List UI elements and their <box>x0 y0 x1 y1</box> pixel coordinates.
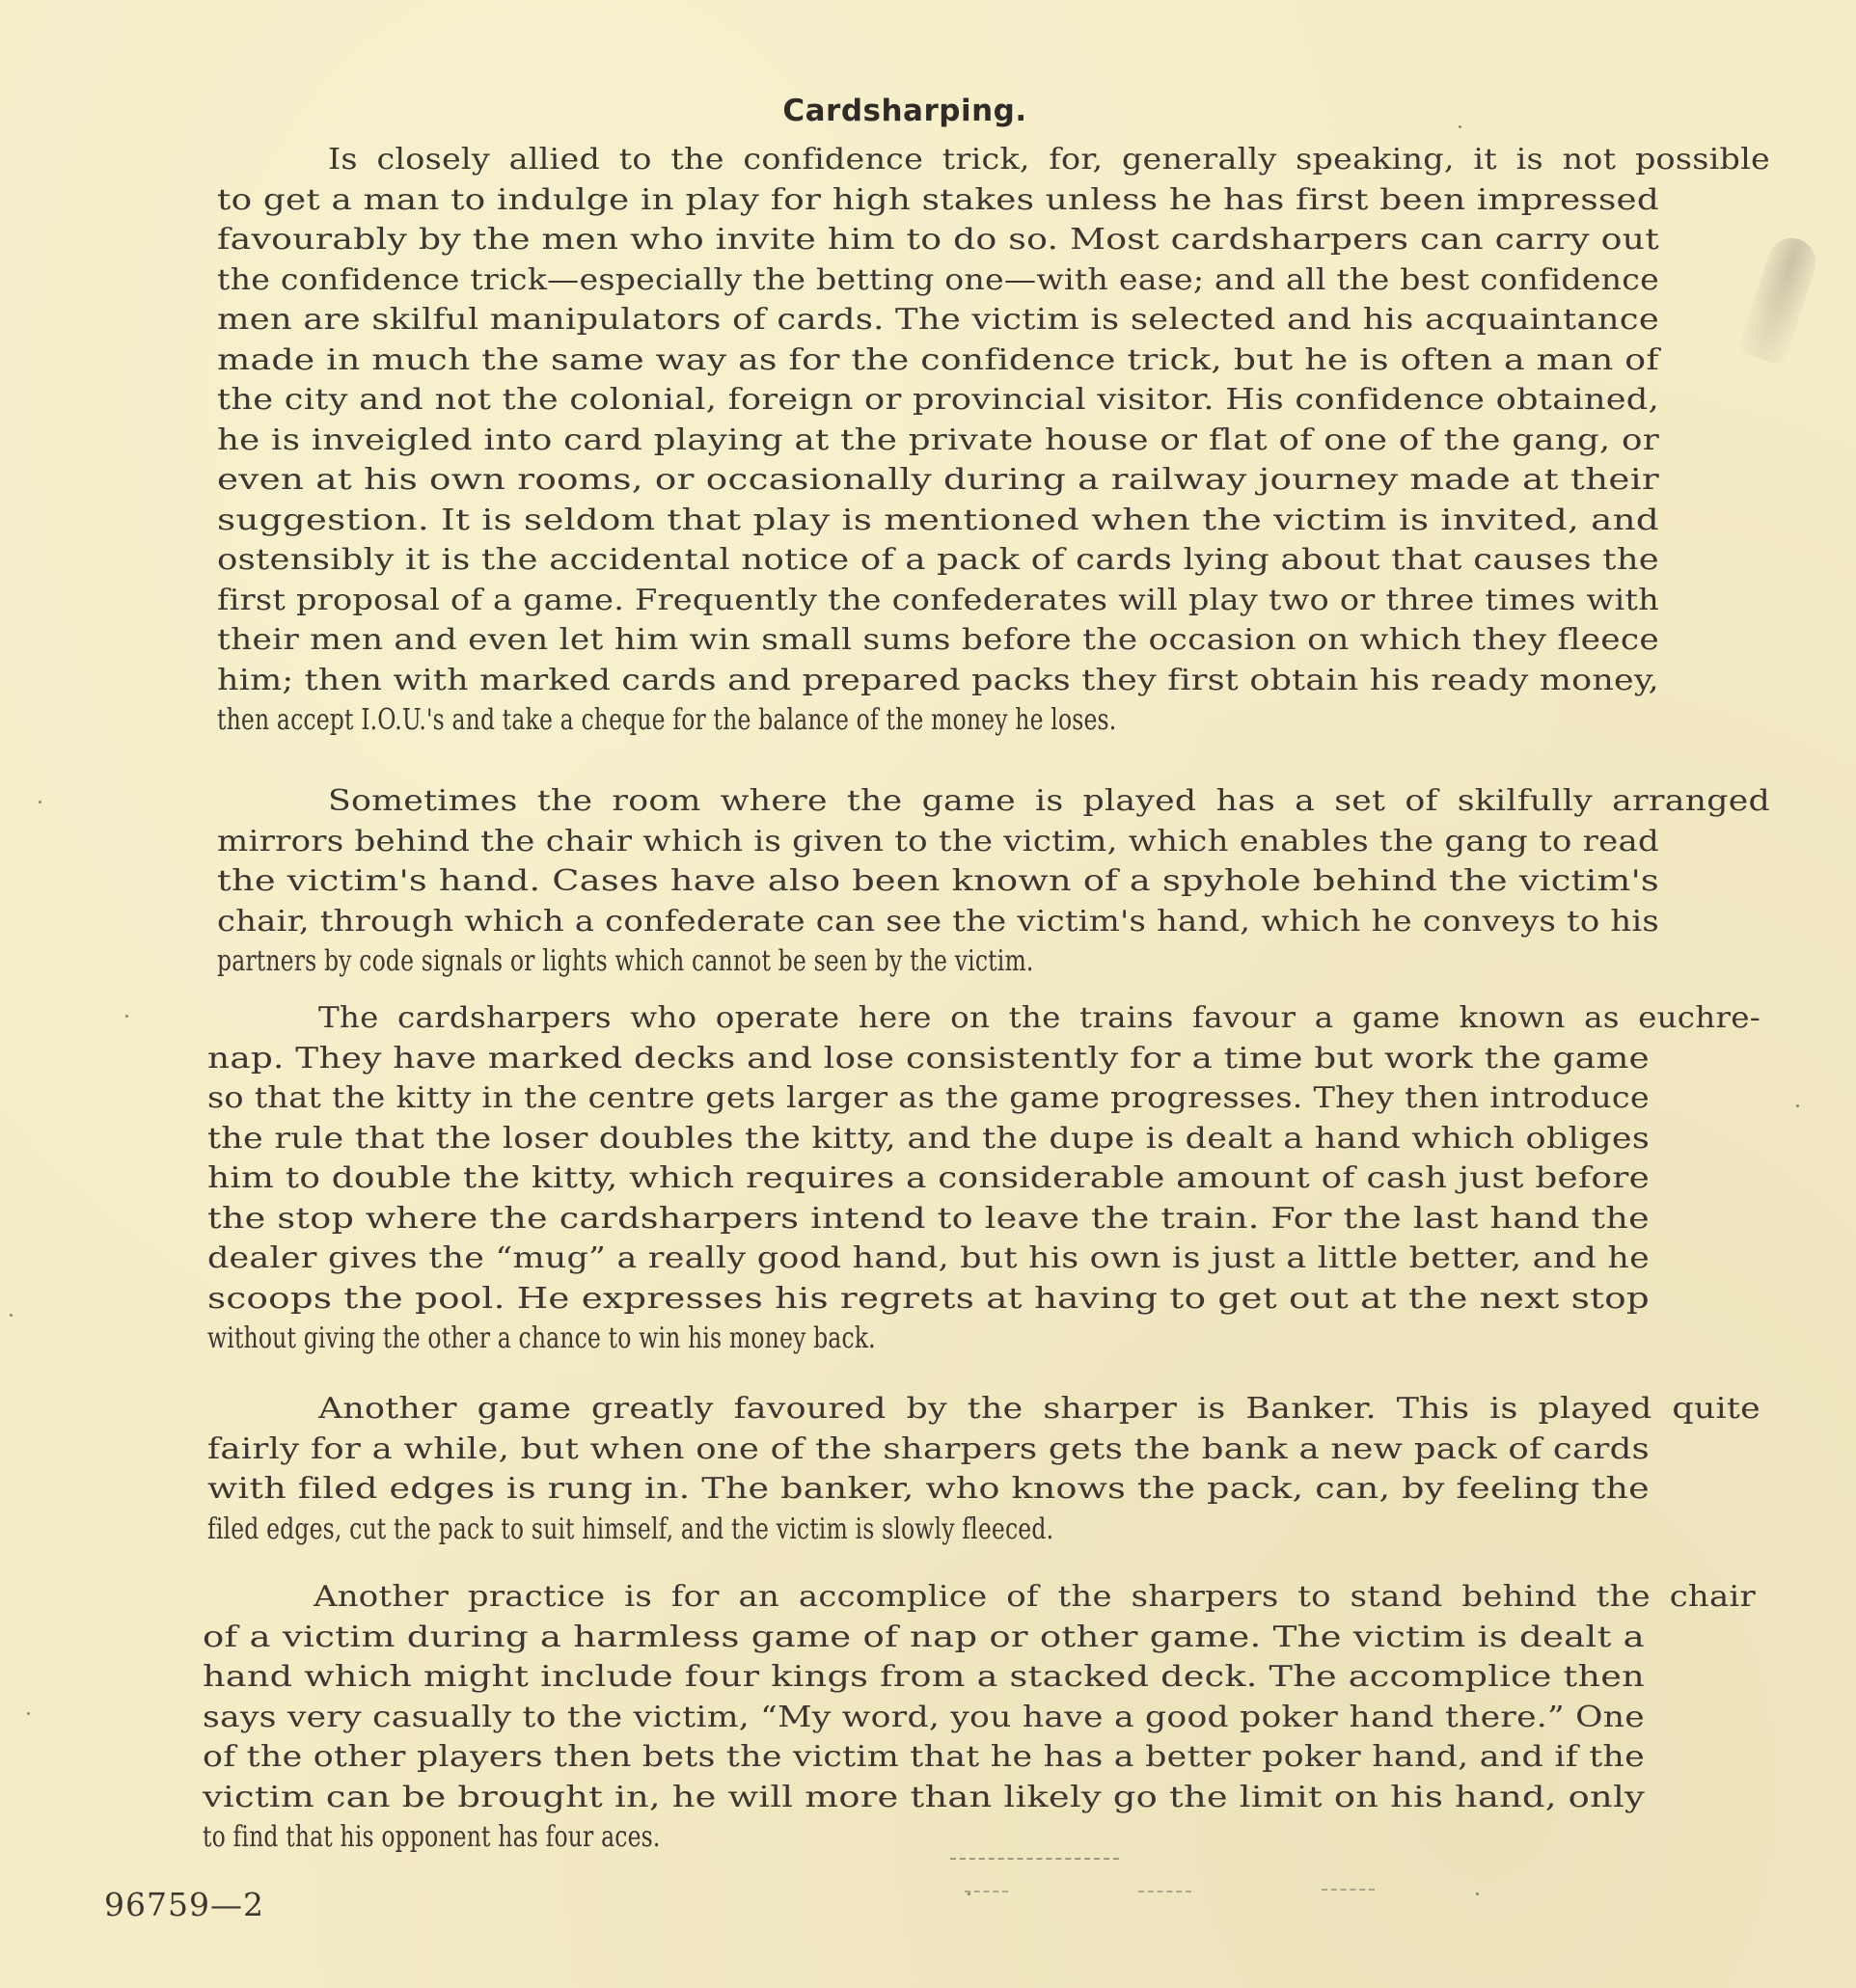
paragraph-line: him; then with marked cards and prepared… <box>217 661 1659 701</box>
paragraph-line: even at his own rooms, or occasionally d… <box>217 460 1659 501</box>
paragraph-line: Another practice is for an accomplice of… <box>203 1577 1756 1618</box>
paragraph-line: The cardsharpers who operate here on the… <box>207 998 1760 1039</box>
paragraph: The cardsharpers who operate here on the… <box>207 998 1650 1359</box>
end-rule-decoration <box>950 1858 1119 1860</box>
paragraph-line: Another game greatly favoured by the sha… <box>207 1389 1760 1430</box>
footer-document-code: 96759—2 <box>104 1886 264 1923</box>
paragraph: Is closely allied to the confidence tric… <box>217 140 1659 741</box>
paragraph-line: so that the kitty in the centre gets lar… <box>207 1078 1650 1119</box>
paragraph-line: made in much the same way as for the con… <box>217 340 1659 381</box>
paragraph-line: fairly for a while, but when one of the … <box>207 1430 1650 1470</box>
paragraph-line: chair, through which a confederate can s… <box>217 902 1659 942</box>
paragraph-line: he is inveigled into card playing at the… <box>217 421 1659 461</box>
paragraph-line: nap. They have marked decks and lose con… <box>207 1039 1650 1079</box>
paragraph-line: to get a man to indulge in play for high… <box>217 180 1659 221</box>
paragraph-line: mirrors behind the chair which is given … <box>217 822 1659 862</box>
paragraph: Sometimes the room where the game is pla… <box>217 781 1659 982</box>
paragraph-line: victim can be brought in, he will more t… <box>203 1778 1645 1818</box>
paragraph-line: to find that his opponent has four aces. <box>203 1817 1645 1858</box>
paragraph-line: then accept I.O.U.'s and take a cheque f… <box>217 700 1659 741</box>
paragraph-line: ostensibly it is the accidental notice o… <box>217 540 1659 581</box>
paragraph-line: him to double the kitty, which requires … <box>207 1158 1650 1199</box>
paragraph-line: of a victim during a harmless game of na… <box>203 1618 1645 1658</box>
paragraph-line: men are skilful manipulators of cards. T… <box>217 300 1659 340</box>
paragraph-line: dealer gives the “mug” a really good han… <box>207 1239 1650 1279</box>
paragraph-line: the stop where the cardsharpers intend t… <box>207 1199 1650 1239</box>
paragraph-line: scoops the pool. He expresses his regret… <box>207 1279 1650 1320</box>
paragraph: Another game greatly favoured by the sha… <box>207 1389 1650 1549</box>
paragraph-line: the confidence trick—especially the bett… <box>217 260 1659 301</box>
margin-mark-decoration <box>1138 1891 1191 1893</box>
paragraph-line: of the other players then bets the victi… <box>203 1737 1645 1778</box>
paragraph-line: Sometimes the room where the game is pla… <box>217 781 1770 822</box>
paragraph-line: suggestion. It is seldom that play is me… <box>217 501 1659 541</box>
margin-mark-decoration <box>1322 1889 1375 1891</box>
paragraph-line: Is closely allied to the confidence tric… <box>217 140 1770 180</box>
paragraph-line: filed edges, cut the pack to suit himsel… <box>207 1510 1650 1550</box>
paragraph-line: partners by code signals or lights which… <box>217 941 1659 982</box>
paragraph-line: the rule that the loser doubles the kitt… <box>207 1119 1650 1159</box>
paragraph-line: hand which might include four kings from… <box>203 1657 1645 1698</box>
paragraph-line: with filed edges is rung in. The banker,… <box>207 1469 1650 1510</box>
paragraph-line: says very casually to the victim, “My wo… <box>203 1698 1645 1738</box>
margin-mark-decoration <box>965 1891 1008 1893</box>
paragraph-line: first proposal of a game. Frequently the… <box>217 581 1659 621</box>
paragraph-line: favourably by the men who invite him to … <box>217 220 1659 260</box>
paragraph-line: the victim's hand. Cases have also been … <box>217 861 1659 902</box>
paragraph-line: their men and even let him win small sum… <box>217 620 1659 661</box>
paragraph-line: without giving the other a chance to win… <box>207 1319 1650 1359</box>
page-title: Cardsharping. <box>0 94 1833 128</box>
paragraph-line: the city and not the colonial, foreign o… <box>217 380 1659 421</box>
paragraph: Another practice is for an accomplice of… <box>203 1577 1645 1858</box>
